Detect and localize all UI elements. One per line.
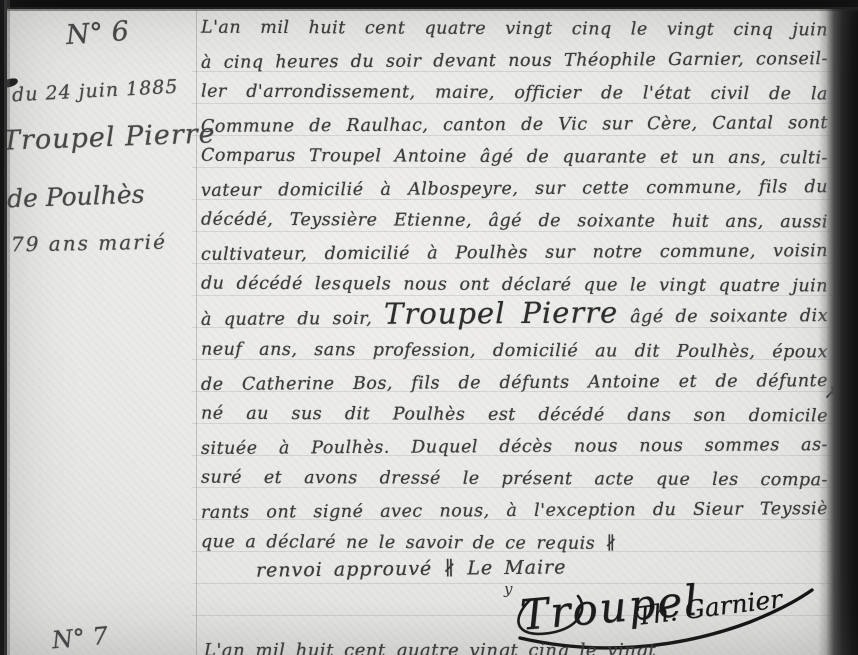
act-line: de Catherine Bos, fils de défunts Antoin… — [201, 368, 828, 398]
renvoi-approval-line: renvoi approuvé ∦ Le Maire — [256, 556, 567, 581]
act-line-post: âgé de soixante dix — [618, 306, 828, 327]
act-line: vateur domicilié à Albospeyre, sur cette… — [201, 174, 828, 204]
margin-date: du 24 juin 1885 — [12, 76, 179, 107]
act-line: né au sus dit Poulhès est décédé dans so… — [201, 401, 828, 430]
act-line: L'an mil huit cent quatre vingt cinq le … — [201, 15, 828, 44]
act-line: Commune de Raulhac, canton de Vic sur Cè… — [201, 110, 828, 140]
margin-deceased-name: Troupel Pierre — [2, 118, 217, 156]
act-line: suré et avons dressé le présent acte que… — [201, 465, 828, 494]
act-line: située à Poulhès. Duquel décès nous nous… — [201, 432, 828, 462]
margin-age-status: 79 ans marié — [11, 230, 167, 257]
scan-edge-left — [0, 0, 12, 655]
act-line: Comparus Troupel Antoine âgé de quarante… — [201, 143, 828, 172]
act-line: que a déclaré ne le savoir de ce requis … — [201, 529, 617, 557]
register-page-scan: N° 6 du 24 juin 1885 Troupel Pierre de P… — [0, 0, 858, 655]
next-act-number: N° 7 — [51, 622, 109, 655]
act-line: neuf ans, sans profession, domicilié au … — [201, 337, 828, 366]
act-line: cultivateur, domicilié à Poulhès sur not… — [201, 238, 828, 268]
act-line: rants ont signé avec nous, à l'exception… — [201, 496, 828, 526]
renvoi-flourish-tail: y — [504, 580, 512, 598]
act-number: N° 6 — [65, 16, 130, 51]
act-line: décédé, Teyssière Etienne, âgé de soixan… — [201, 207, 828, 236]
next-act-first-line: L'an mil huit cent quatre vingt cinq le … — [204, 640, 656, 655]
act-line-pre: à quatre du soir, — [201, 309, 384, 330]
act-line: ler d'arrondissement, maire, officier de… — [201, 79, 828, 108]
scan-edge-top — [0, 0, 858, 12]
scan-edge-right — [812, 0, 858, 655]
act-line: à cinq heures du soir devant nous Théoph… — [201, 46, 828, 76]
margin-place: de Poulhès — [7, 180, 145, 214]
deceased-name-emphasis: Troupel Pierre — [384, 295, 618, 330]
margin-rule-line — [196, 10, 197, 655]
act-line-with-name: à quatre du soir, Troupel Pierre âgé de … — [201, 298, 828, 333]
